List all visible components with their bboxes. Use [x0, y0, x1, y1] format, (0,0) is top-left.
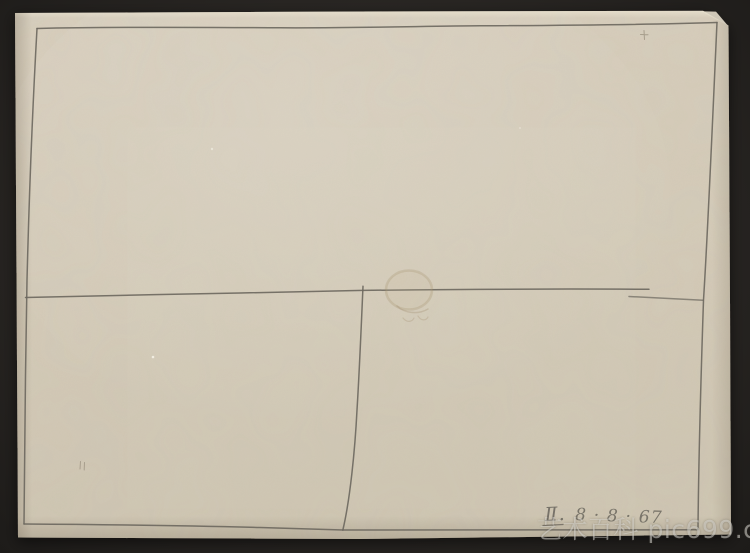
artwork-photo: Ⅱ. 8 · 8 · 67 艺术百科 pic699.com [0, 0, 750, 553]
artwork-canvas: Ⅱ. 8 · 8 · 67 [0, 0, 750, 553]
paper-speck [211, 148, 213, 150]
inscription: Ⅱ. 8 · 8 · 67 [543, 503, 663, 528]
inscription-numeral: Ⅱ. [543, 503, 566, 526]
paper-texture [0, 0, 735, 539]
paper-speck [519, 127, 521, 129]
inscription-date: 8 · 8 · 67 [575, 505, 663, 528]
paper-speck [152, 356, 155, 359]
